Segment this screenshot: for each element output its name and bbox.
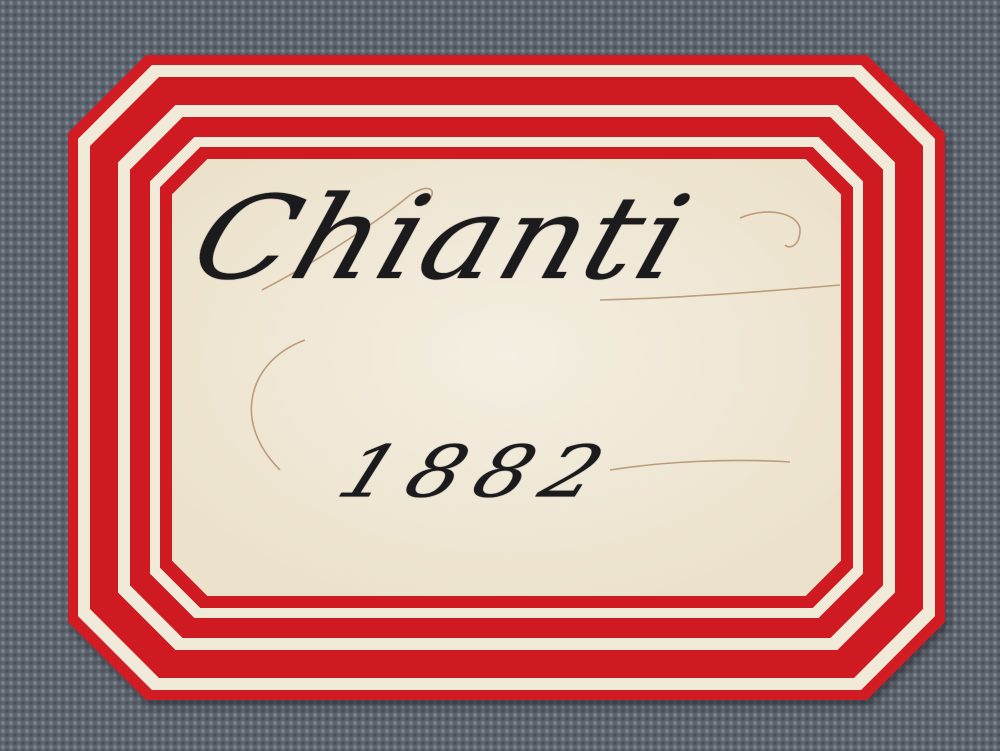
- wine-name-handwriting: Chianti: [176, 172, 706, 306]
- wine-label-border: [0, 0, 1000, 751]
- photo-scene: Chianti 1882: [0, 0, 1000, 751]
- vintage-year-handwriting: 1882: [326, 430, 629, 513]
